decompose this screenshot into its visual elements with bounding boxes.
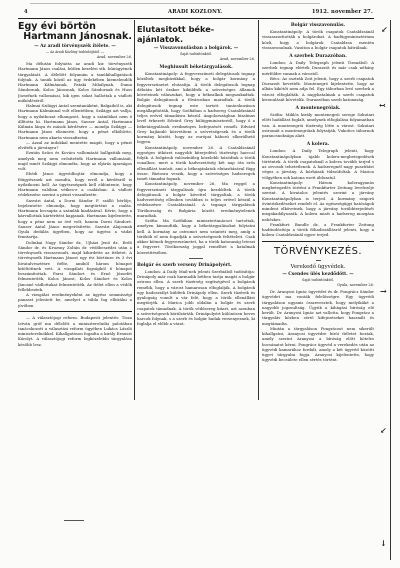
short-separator [189,258,203,259]
article-byline: — Az Aradi Közlöny tudósítójától. — [18,50,132,54]
article-title: Verekedő ügyvédek. [262,264,374,270]
article-paragraph: A vizsgálat eredményeként az ügyész semm… [18,292,132,308]
article-paragraph: Szófia: Ma Szófiában minisztertanácsot t… [137,218,255,255]
pencil-mark-icon: ↙ [381,24,388,34]
issue-date: 1912. november 27. [312,9,373,15]
article-byline: Saját tudósítónktól. [262,278,374,282]
article-paragraph: Bécs: Az osztrák Zeit jelenti, hogy a sz… [262,76,374,102]
article-paragraph: London: A Daily Mail-nek jelenti Szerbiá… [137,269,255,327]
article-title: Elutasitott béke-ajánlatok. [137,24,255,44]
pencil-mark-icon: ↓ [380,538,387,548]
column-3: Bolgár visszavonulás. Konstantinápoly: A… [262,20,374,440]
section-heading: Bolgár és szerb verseny Drinápolyért. [137,263,255,268]
article-paragraph: — Azzal az indokkal mentette magát, hogy… [18,140,132,151]
article-paragraph: Konstantinápoly, november 26. A Csataldz… [137,145,255,182]
article-dateline: Arad, november 26. [137,57,255,61]
article-paragraph: Konstantinápoly, november 26. Ma reggel … [137,181,255,218]
article-paragraph: London: A Daily Telegraph jelenti Tiraná… [262,60,374,76]
article-paragraph: Halmai Szilágyi Antal szemtanúként, Balg… [18,103,132,140]
column-1: Egy évi börtön Hartmann Jánosnak. — Az a… [18,20,132,470]
article-paragraph: Ezután Szűcs és Kovács vallomását hallga… [18,150,132,171]
column-divider-1 [134,20,135,400]
end-mark-line [64,520,84,521]
section-heading: Meghiusult béketárgyalások. [137,65,255,70]
pencil-mark-icon: → [380,286,387,296]
article-paragraph: London: A Daily Telegraph jelenti, hogy … [262,148,374,180]
article-byline: Saját tudósítónktól. [137,52,255,56]
article-paragraph: Szófia: Miklós király montenegrói serege… [262,112,374,138]
section-heading: A szerbek Durazzóban. [262,54,374,59]
pencil-mark-icon: ↢ [379,100,386,110]
article-dateline: Gyula, november 26. [262,283,374,287]
top-edge-line [30,3,320,4]
article-dateline: Arad, november 26. [18,55,132,59]
column-divider-2 [258,20,259,400]
newspaper-page: 4 ARADI KOZLONY. 1912. november 27. Egy … [0,0,400,568]
article-paragraph: Ma délután folytatta az aradi kir. törvé… [18,61,132,103]
article-paragraph: Frankfurt: Bundle dr., a Frankfurter Zei… [262,222,374,238]
article-paragraph: Dolinkai Nagy Sándor dr., Ujházi Jenő dr… [18,240,132,293]
article-subtitle: — Visszavonulásban a bolgárok. — [137,46,255,51]
section-rule [262,241,374,243]
article-subtitle: — Csendes ülés kezdődött. — [262,272,374,277]
masthead: ARADI KOZLONY. [168,9,222,15]
running-header: 4 ARADI KOZLONY. 1912. november 27. [18,8,373,18]
margin-line [390,20,391,560]
article-subtitle: — Az aradi törvényszék ítélete. — [18,44,132,49]
article-paragraph: Konstantinápoly: A török csapatok Csatal… [262,29,374,50]
header-rule [18,18,374,19]
column-2: Elutasitott béke-ajánlatok. — Visszavonu… [137,20,255,430]
article-paragraph: Dr. Aranyosi Ignác ügyvédet és dr. Pongr… [262,289,374,326]
article-separator [18,311,132,313]
news-brief: — A választójogi reform. Budapesti jelen… [18,315,132,347]
section-banner: TÖRVÉNYKEZÉS. [262,246,374,257]
article-paragraph: Ebédi János ügyvédbojtár elmondja, hogy … [18,171,132,197]
section-heading: A montenegróiak. [262,106,374,111]
article-paragraph: Konstantinápoly: Három koleragyanús megb… [262,180,374,222]
article-paragraph: Sasvári Antal, a Dorni Sándor F. szálló … [18,198,132,240]
pencil-mark-icon: ↙ [380,425,387,435]
article-paragraph: Konstantinápoly: A fegyverszüneti delegá… [137,71,255,145]
section-heading: Bolgár visszavonulás. [262,23,374,28]
short-separator [316,260,321,261]
page-number: 4 [24,9,28,15]
section-heading: A kolera. [262,142,374,147]
article-paragraph: Miután a tárgyaláson Pongráczot nem sike… [262,326,374,363]
article-title-line2: Hartmann Jánosnak. [18,32,132,42]
